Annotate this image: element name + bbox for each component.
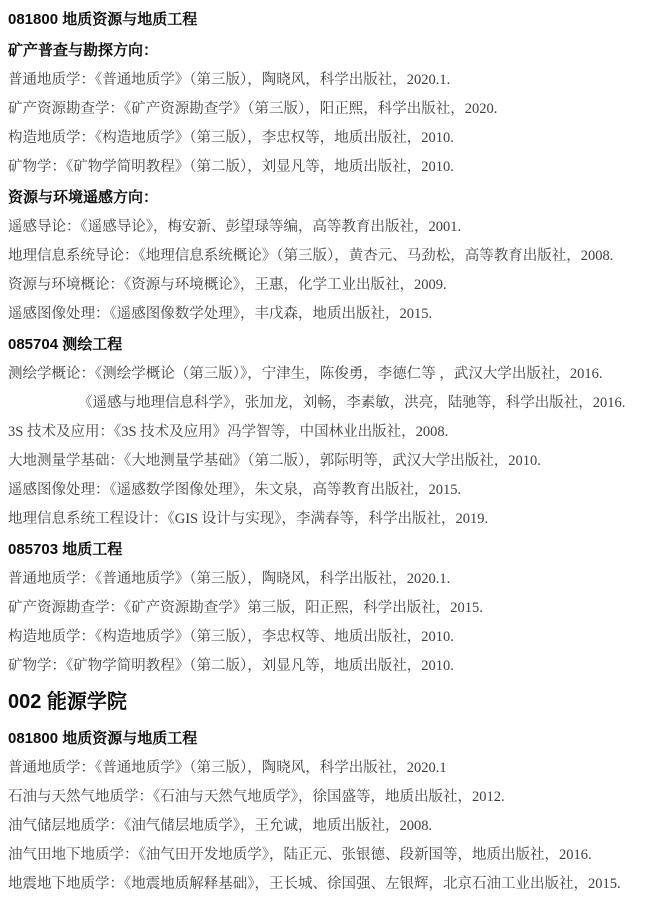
program-code-heading: 081800 地质资源与地质工程 (8, 723, 651, 754)
document-page: 081800 地质资源与地质工程矿产普查与勘探方向：普通地质学：《普通地质学》（… (0, 0, 653, 899)
reference-line: 地理信息系统工程设计：《GIS 设计与实现》，李满春等，科学出版社，2019. (8, 505, 651, 534)
reference-line: 构造地质学：《构造地质学》（第三版），李忠权等，地质出版社，2010. (8, 124, 651, 153)
reference-line: 矿物学：《矿物学简明教程》（第二版），刘显凡等，地质出版社，2010. (8, 652, 651, 681)
document-lines: 081800 地质资源与地质工程矿产普查与勘探方向：普通地质学：《普通地质学》（… (8, 4, 651, 899)
direction-heading: 矿产普查与勘探方向： (8, 35, 651, 66)
reference-line-continuation: 《遥感与地理信息科学》，张加龙，刘畅，李素敏，洪亮，陆驰等，科学出版社，2016… (8, 389, 651, 418)
reference-line: 油气田地下地质学：《油气田开发地质学》，陆正元、张银德、段新国等，地质出版社，2… (8, 841, 651, 870)
reference-line: 构造地质学：《构造地质学》（第三版），李忠权等、地质出版社，2010. (8, 623, 651, 652)
program-code-heading: 081800 地质资源与地质工程 (8, 4, 651, 35)
reference-line: 资源与环境概论：《资源与环境概论》，王惠，化学工业出版社，2009. (8, 271, 651, 300)
reference-line: 矿产资源勘查学：《矿产资源勘查学》第三版，阳正熙，科学出版社，2015. (8, 594, 651, 623)
reference-line: 油气储层地质学：《油气储层地质学》，王允诚，地质出版社，2008. (8, 812, 651, 841)
reference-line: 地理信息系统导论：《地理信息系统概论》（第三版），黄杏元、马劲松，高等教育出版社… (8, 242, 651, 271)
reference-line: 遥感图像处理：《遥感数学图像处理》，朱文泉，高等教育出版社，2015. (8, 476, 651, 505)
reference-line: 遥感图像处理：《遥感图像数学处理》，丰戊森，地质出版社，2015. (8, 300, 651, 329)
reference-line: 测绘学概论：《测绘学概论（第三版）》，宁津生，陈俊勇，李德仁等 ，武汉大学出版社… (8, 360, 651, 389)
reference-line: 矿物学：《矿物学简明教程》（第二版），刘显凡等，地质出版社，2010. (8, 153, 651, 182)
reference-line: 石油与天然气地质学：《石油与天然气地质学》，徐国盛等，地质出版社，2012. (8, 783, 651, 812)
program-code-heading: 085703 地质工程 (8, 534, 651, 565)
program-code-heading: 085704 测绘工程 (8, 329, 651, 360)
reference-line: 地震地下地质学：《地震地质解释基础》，王长城、徐国强、左银辉，北京石油工业出版社… (8, 870, 651, 899)
reference-line: 普通地质学：《普通地质学》（第三版），陶晓风，科学出版社，2020.1 (8, 754, 651, 783)
reference-line: 3S 技术及应用：《3S 技术及应用》冯学智等，中国林业出版社，2008. (8, 418, 651, 447)
direction-heading: 资源与环境遥感方向： (8, 182, 651, 213)
reference-line: 普通地质学：《普通地质学》（第三版），陶晓风，科学出版社，2020.1. (8, 565, 651, 594)
reference-line: 大地测量学基础：《大地测量学基础》（第二版），郭际明等，武汉大学出版社，2010… (8, 447, 651, 476)
college-heading: 002 能源学院 (8, 681, 651, 723)
reference-line: 矿产资源勘查学：《矿产资源勘查学》（第三版），阳正熙，科学出版社，2020. (8, 95, 651, 124)
reference-line: 普通地质学：《普通地质学》（第三版），陶晓风，科学出版社，2020.1. (8, 66, 651, 95)
reference-line: 遥感导论：《遥感导论》，梅安新、彭望琭等编，高等教育出版社，2001. (8, 213, 651, 242)
